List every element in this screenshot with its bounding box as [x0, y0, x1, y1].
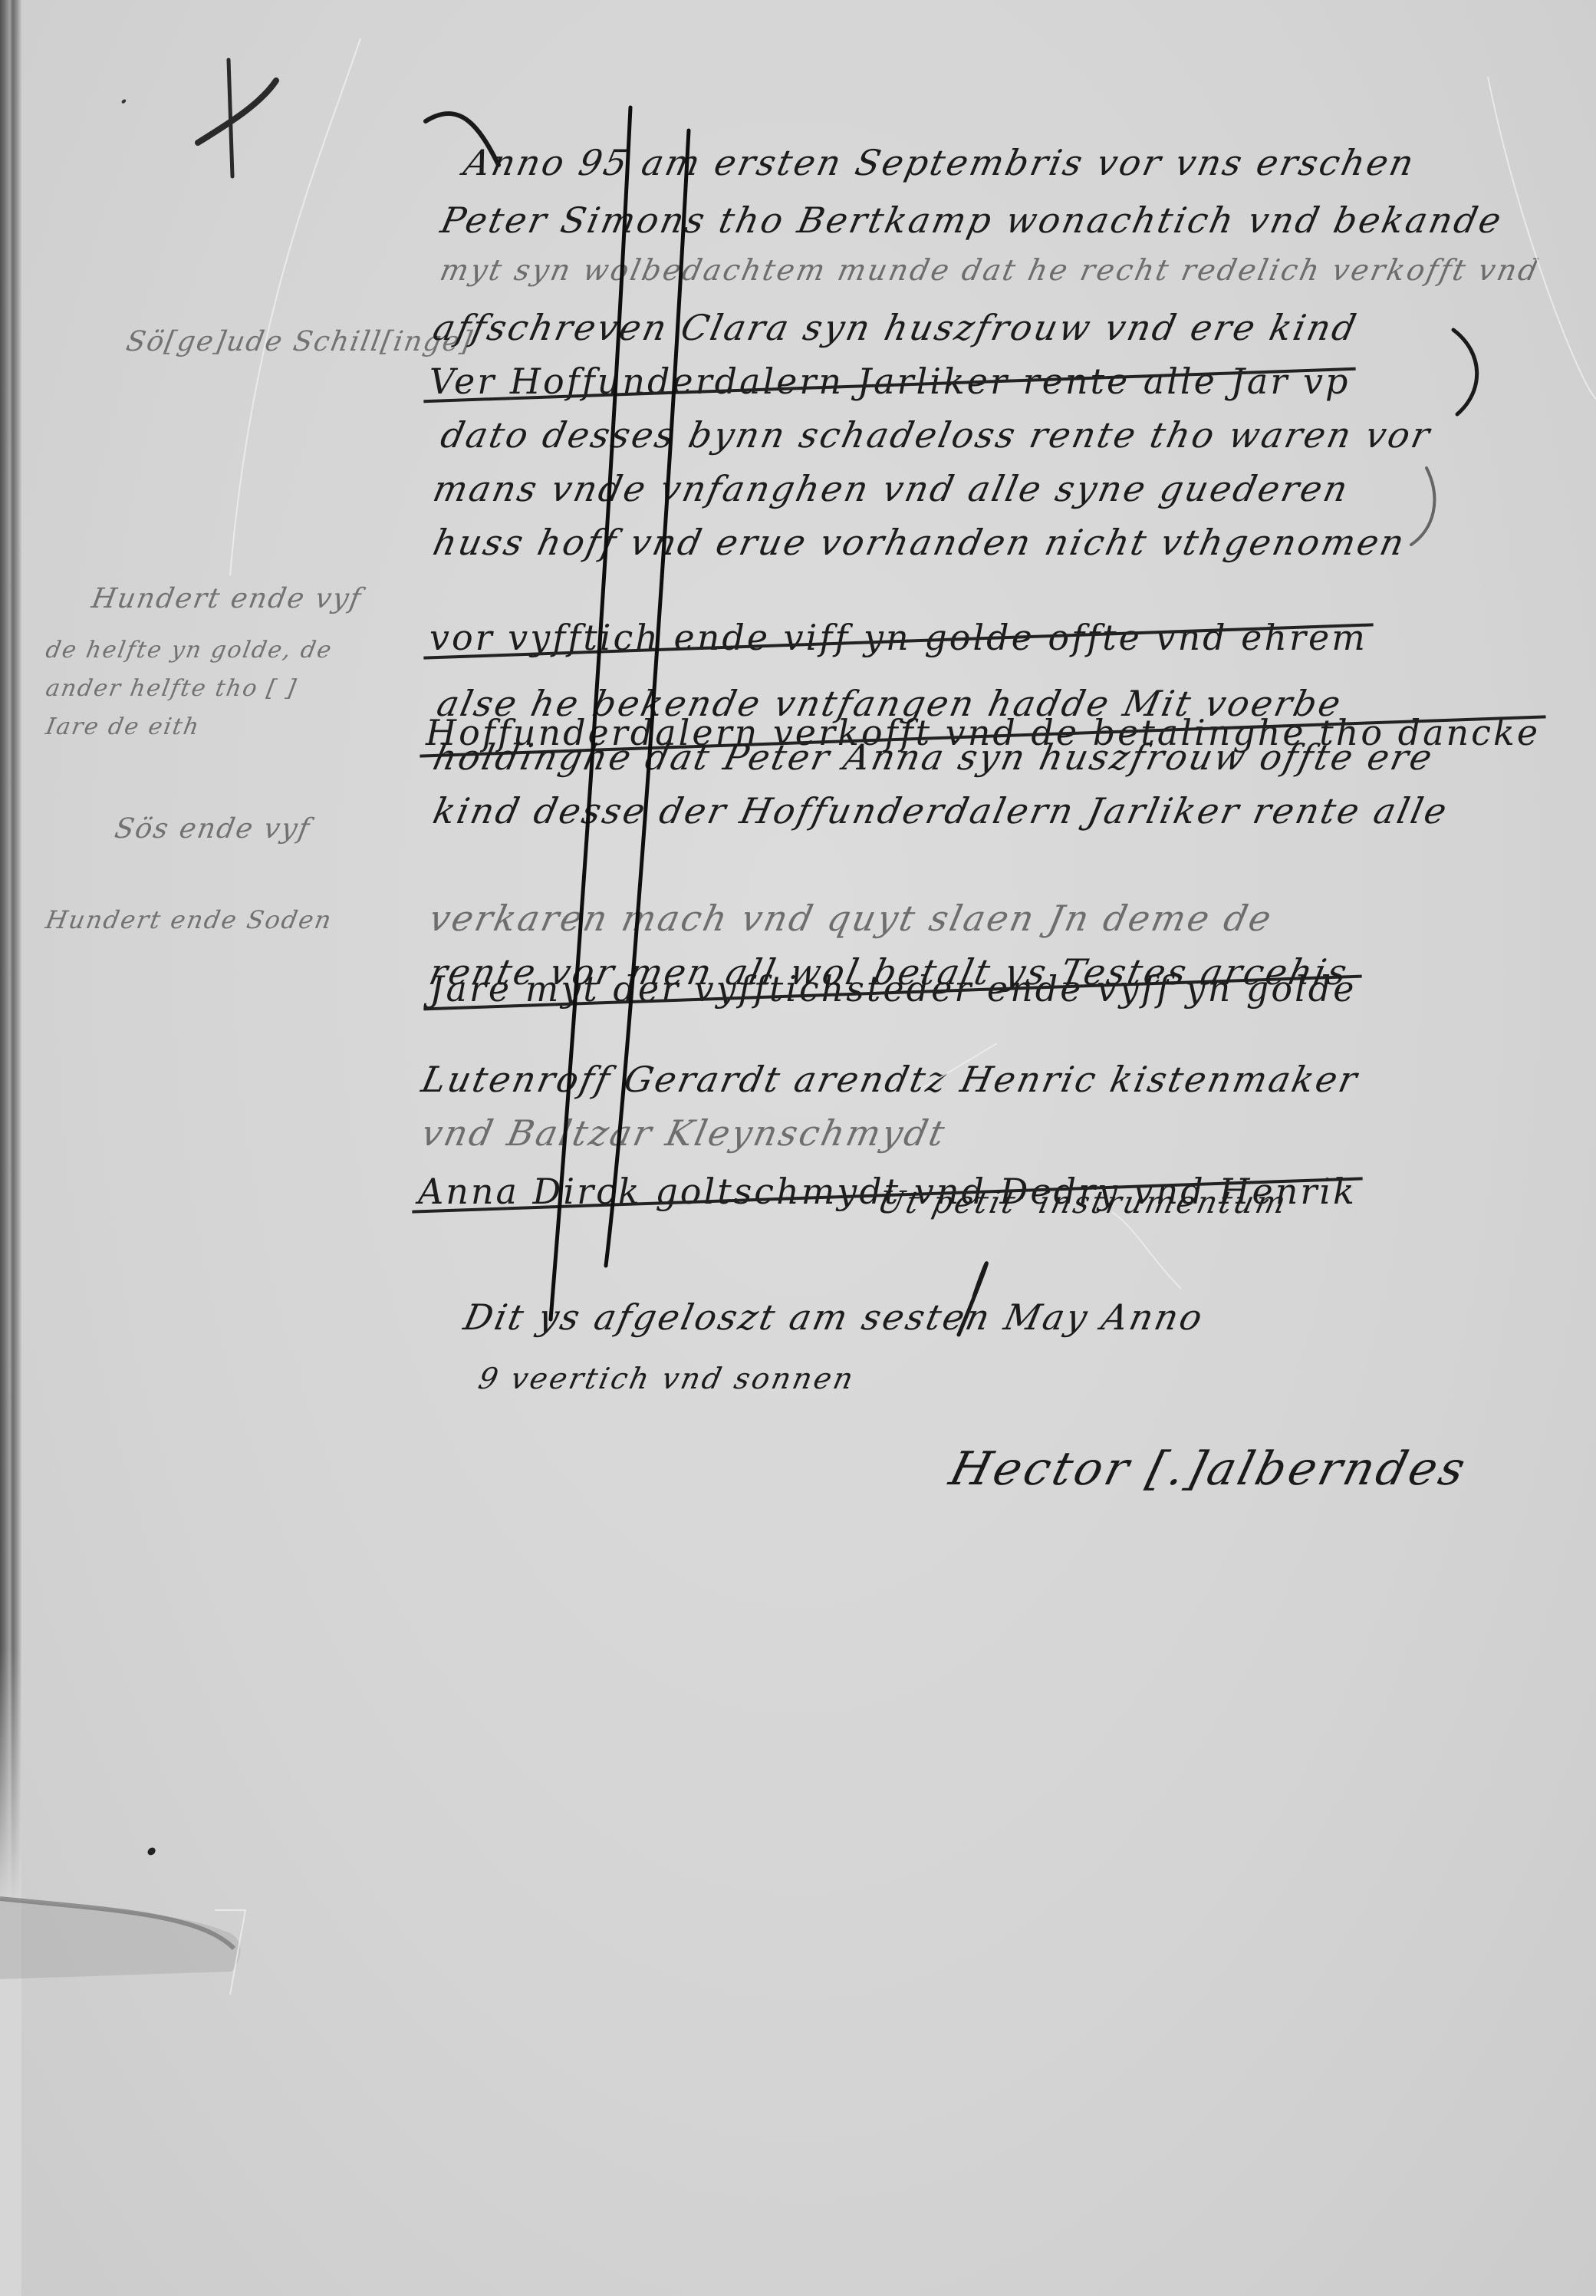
margin-note: Sö[ge]ude Schill[inge] [123, 326, 476, 357]
bottom-dot-mark: • [140, 1837, 165, 1868]
margin-note: de helfte yn golde, de [44, 637, 334, 664]
cross-icon [198, 60, 276, 176]
body-line: Anno 95 am ersten Septembris vor vns ers… [460, 142, 1420, 183]
margin-note: Sös ende vyf [112, 813, 313, 845]
body-line: huss hoff vnd erue vorhanden nicht vthge… [429, 522, 1410, 563]
body-line-struck: Ver Hoffunderdalern Jarliker rente alle … [429, 361, 1350, 402]
body-line: alse he bekende vntfangen hadde Mit voer… [433, 683, 1347, 724]
margin-note: ander helfte tho [ ] [44, 675, 299, 702]
top-dot-mark: · [115, 84, 134, 120]
body-line: kind desse der Hoffunderdalern Jarliker … [429, 790, 1453, 832]
margin-note: Hundert ende vyf [89, 583, 364, 614]
body-line: dato desses bynn schadeloss rente tho wa… [437, 414, 1436, 456]
footer-line: Dit ys afgeloszt am sesten May Anno [460, 1296, 1208, 1338]
manuscript-page: · • Sö[ge]ude Schill[inge] Hundert ende … [0, 0, 1596, 2296]
body-line: mans vnde vnfanghen vnd alle syne gueder… [429, 468, 1354, 509]
closing-line: Ut petit' instrumentum [874, 1185, 1291, 1220]
body-line: affschreven Clara syn huszfrouw vnd ere … [429, 307, 1362, 348]
margin-note: Iare de eith [44, 713, 202, 740]
body-line: vnd Baltzar Kleynschmydt [418, 1112, 950, 1154]
body-line: Peter Simons tho Bertkamp wonachtich vnd… [437, 199, 1507, 241]
body-line: rente vor men all wol betalt ys Testes a… [426, 951, 1353, 993]
body-line: holdinghe dat Peter Anna syn huszfrouw o… [429, 736, 1438, 778]
body-line-struck: vor vyfftich ende viff yn golde offte vn… [429, 617, 1367, 658]
footer-line: 9 veertich vnd sonnen [476, 1362, 858, 1395]
body-line: myt syn wolbedachtem munde dat he recht … [437, 253, 1543, 287]
body-line: verkaren mach vnd quyt slaen Jn deme de [426, 898, 1277, 939]
signature: Hector [.]alberndes [944, 1442, 1473, 1496]
body-line: Lutenroff Gerardt arendtz Henric kistenm… [418, 1059, 1363, 1100]
page-stain [0, 1899, 240, 1979]
margin-note: Hundert ende Soden [44, 905, 335, 934]
